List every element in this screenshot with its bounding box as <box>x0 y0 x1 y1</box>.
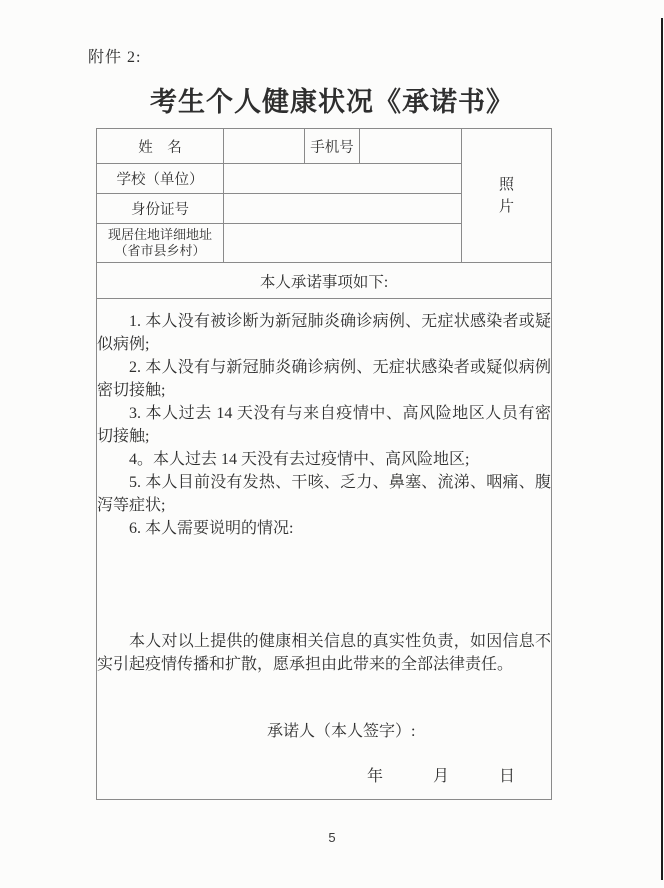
signature-label: 承诺人（本人签字）: <box>267 720 551 743</box>
attachment-label: 附件 2: <box>88 44 141 67</box>
name-label: 姓 名 <box>97 129 224 164</box>
photo-label: 照片 <box>498 174 515 218</box>
school-input-cell <box>224 164 462 194</box>
address-label-line2: （省市县乡村） <box>97 243 223 259</box>
row-name-phone: 姓 名 手机号 照片 <box>97 129 552 164</box>
promise-content-cell: 1. 本人没有被诊断为新冠肺炎确诊病例、无症状感染者或疑似病例; 2. 本人没有… <box>97 299 552 800</box>
date-line: 年 月 日 <box>97 765 551 788</box>
address-label: 现居住地详细地址 （省市县乡村） <box>97 224 224 263</box>
date-month-label: 月 <box>433 768 449 785</box>
address-input-cell <box>224 224 462 263</box>
photo-box: 照片 <box>462 129 552 263</box>
promise-header: 本人承诺事项如下: <box>97 263 552 299</box>
school-label: 学校（单位） <box>97 164 224 194</box>
promise-item-3: 3. 本人过去 14 天没有与来自疫情中、高风险地区人员有密切接触; <box>97 402 551 448</box>
promise-item-1: 1. 本人没有被诊断为新冠肺炎确诊病例、无症状感染者或疑似病例; <box>97 310 551 356</box>
id-number-label: 身份证号 <box>97 194 224 224</box>
id-number-input-cell <box>224 194 462 224</box>
promise-item-5: 5. 本人目前没有发热、干咳、乏力、鼻塞、流涕、咽痛、腹泻等症状; <box>97 471 551 517</box>
phone-label: 手机号 <box>305 129 360 164</box>
date-day-label: 日 <box>499 768 515 785</box>
scan-edge-artifact <box>661 18 663 880</box>
row-promise-content: 1. 本人没有被诊断为新冠肺炎确诊病例、无症状感染者或疑似病例; 2. 本人没有… <box>97 299 552 800</box>
phone-input-cell <box>360 129 462 164</box>
promise-item-4: 4。本人过去 14 天没有去过疫情中、高风险地区; <box>97 448 551 471</box>
document-page: 附件 2: 考生个人健康状况《承诺书》 姓 名 手机号 照片 学校（单位） <box>0 0 664 888</box>
date-year-label: 年 <box>367 768 383 785</box>
promise-item-2: 2. 本人没有与新冠肺炎确诊病例、无症状感染者或疑似病例密切接触; <box>97 356 551 402</box>
declaration-paragraph: 本人对以上提供的健康相关信息的真实性负责，如因信息不实引起疫情传播和扩散，愿承担… <box>97 630 551 676</box>
address-label-line1: 现居住地详细地址 <box>97 227 223 243</box>
page-number: 5 <box>0 830 664 845</box>
name-input-cell <box>224 129 305 164</box>
promise-item-6: 6. 本人需要说明的情况: <box>97 517 551 540</box>
row-promise-header: 本人承诺事项如下: <box>97 263 552 299</box>
document-title: 考生个人健康状况《承诺书》 <box>0 80 664 119</box>
health-commitment-form-table: 姓 名 手机号 照片 学校（单位） 身份证号 现居住地详细地址 （省市县乡村） <box>96 128 552 800</box>
